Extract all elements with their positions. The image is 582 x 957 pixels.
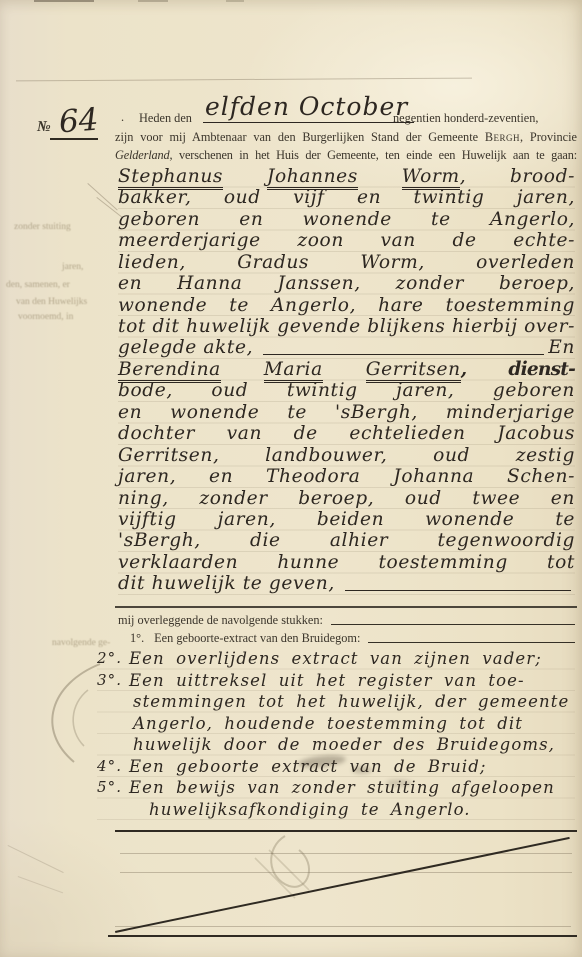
handwritten-document-items: 2°.Een overlijdens extract van zijnen va… xyxy=(97,648,575,820)
body-line-last: dit huwelijk te geven, xyxy=(118,573,575,594)
bleedthrough-text: voornoemd, in xyxy=(18,312,73,322)
item-number-empty xyxy=(97,713,129,735)
date-handwritten: elfden October xyxy=(203,92,414,123)
document-item1-row: 1°.Een geboorte-extract van den Bruidego… xyxy=(130,631,577,646)
bleedthrough-text: den, samenen, er xyxy=(6,280,70,290)
item-number: 2°. xyxy=(97,648,129,670)
body-line: tot dit huwelijk gevende blijkens hierbi… xyxy=(118,316,575,337)
item-number-empty xyxy=(97,799,129,821)
bride-middle-name: Maria xyxy=(264,359,323,383)
groom-middle-name: Johannes xyxy=(267,166,358,190)
documents-intro-text: mij overleggende de navolgende stukken: xyxy=(118,613,323,628)
document-item-continuation: Angerlo, houdende toestemming tot dit xyxy=(97,713,575,735)
record-number: №64 xyxy=(37,103,98,139)
body-line: meerderjarige zoon van de echte- xyxy=(118,230,575,251)
marriage-certificate-scan: zonder stuiting jaren, den, samenen, er … xyxy=(0,0,582,957)
body-line: verklaarden hunne toestemming tot xyxy=(118,552,575,573)
scan-edge-mark xyxy=(226,0,244,2)
body-line: vijftig jaren, beiden wonende te xyxy=(118,509,575,530)
record-number-label: № xyxy=(37,119,51,135)
scan-edge-mark xyxy=(138,0,168,2)
body-line: Gerritsen, landbouwer, oud zestig xyxy=(118,445,575,466)
bleedthrough-text: navolgende ge- xyxy=(52,638,110,648)
groom-surname: Worm xyxy=(402,166,460,190)
groom-first-name: Stephanus xyxy=(118,166,223,190)
bottom-rule-bottom xyxy=(108,935,577,937)
body-line: dochter van de echtelieden Jacobus xyxy=(118,423,575,444)
bride-surname: Gerritsen xyxy=(366,359,461,383)
ink-blot xyxy=(386,779,412,787)
body-line-groom-name: Stephanus Johannes Worm, brood- xyxy=(118,166,575,187)
item-text: Een uittreksel uit het register van toe- xyxy=(129,670,575,692)
item1-text: Een geboorte-extract van den Bruidegom: xyxy=(154,631,360,646)
item-text: Een geboorte extract van de Bruid; xyxy=(129,756,575,778)
section-divider-rule xyxy=(115,606,577,608)
body-line: jaren, en Theodora Johanna Schen- xyxy=(118,466,575,487)
body-line: en wonende te 'sBergh, minderjarige xyxy=(118,402,575,423)
document-item: 2°.Een overlijdens extract van zijnen va… xyxy=(97,648,575,670)
body-line: 'sBergh, die alhier tegenwoordig xyxy=(118,530,575,551)
item-text: huwelijk door de moeder des Bruidegoms, xyxy=(129,734,575,756)
bride-occupation-start: , dienst- xyxy=(461,359,575,380)
faint-top-line xyxy=(16,78,472,82)
body-line: ning, zonder beroep, oud twee en xyxy=(118,488,575,509)
documents-intro-row: mij overleggende de navolgende stukken: xyxy=(118,613,577,628)
scan-edge-mark xyxy=(34,0,94,2)
body-line-bride-name: Berendina Maria Gerritsen, dienst- xyxy=(118,359,575,380)
body-line: bode, oud twintig jaren, geboren xyxy=(118,380,575,401)
fill-line xyxy=(331,624,575,625)
item-text: stemmingen tot het huwelijk, der gemeent… xyxy=(129,691,575,713)
body-line: wonende te Angerlo, hare toestemming xyxy=(118,295,575,316)
fill-line xyxy=(368,642,575,643)
document-item-continuation: huwelijksafkondiging te Angerlo. xyxy=(97,799,575,821)
body-line: lieden, Gradus Worm, overleden xyxy=(118,252,575,273)
item-number-empty xyxy=(97,691,129,713)
intro-heden-den: Heden den xyxy=(139,111,192,126)
item-text: Een bewijs van zonder stuiting afgeloope… xyxy=(129,777,575,799)
intro-line3: Gelderland, verschenen in het Huis der G… xyxy=(115,148,577,163)
pen-stroke-mark xyxy=(18,876,64,894)
bottom-rule-top xyxy=(115,830,577,832)
record-number-underline xyxy=(50,138,98,140)
groom-occupation-start: , brood- xyxy=(460,166,575,187)
body-line: bakker, oud vijf en twintig jaren, xyxy=(118,187,575,208)
item-number: 4°. xyxy=(97,756,129,778)
item1-number: 1°. xyxy=(130,631,144,646)
body-line-en: gelegde akte,En xyxy=(118,338,575,359)
document-item: 5°.Een bewijs van zonder stuiting afgelo… xyxy=(97,777,575,799)
bleedthrough-text: zonder stuiting xyxy=(14,222,71,232)
body-line-text: gelegde akte, xyxy=(118,337,253,358)
document-item-continuation: stemmingen tot het huwelijk, der gemeent… xyxy=(97,691,575,713)
body-line: en Hanna Janssen, zonder beroep, xyxy=(118,273,575,294)
body-line: geboren en wonende te Angerlo, xyxy=(118,209,575,230)
bottom-faint-line xyxy=(120,853,572,854)
body-line-text: dit huwelijk te geven, xyxy=(118,573,335,594)
intro-line2-tail: , Provincie xyxy=(520,130,577,144)
item-number: 3°. xyxy=(97,670,129,692)
province-name: Gelderland, xyxy=(115,148,172,162)
bleedthrough-text: van den Huwelijks xyxy=(16,297,87,307)
record-number-value: 64 xyxy=(58,102,100,141)
bride-first-name: Berendina xyxy=(118,359,221,383)
bleedthrough-text: jaren, xyxy=(62,262,83,272)
intro-year: negentien honderd-zeventien, xyxy=(393,111,538,126)
item-text: Angerlo, houdende toestemming tot dit xyxy=(129,713,575,735)
handwritten-body: Stephanus Johannes Worm, brood- bakker, … xyxy=(118,166,575,595)
pen-stroke-mark xyxy=(7,845,63,873)
intro-line2-text: zijn voor mij Ambtenaar van den Burgerli… xyxy=(115,130,478,144)
en-word: En xyxy=(548,337,575,358)
bottom-faint-line xyxy=(120,872,572,873)
item-text: Een overlijdens extract van zijnen vader… xyxy=(129,648,575,670)
fill-line xyxy=(263,354,544,355)
intro-line3-text: verschenen in het Huis der Gemeente, ten… xyxy=(179,148,577,162)
gemeente-name: Bergh xyxy=(485,130,520,144)
document-item-continuation: huwelijk door de moeder des Bruidegoms, xyxy=(97,734,575,756)
separator-dot: . xyxy=(121,110,124,125)
item-text: huwelijksafkondiging te Angerlo. xyxy=(129,799,575,821)
pen-stroke-mark xyxy=(87,183,118,211)
bottom-faint-line xyxy=(115,926,571,927)
item-number: 5°. xyxy=(97,777,129,799)
diagonal-strike-line xyxy=(115,837,570,933)
item-number-empty xyxy=(97,734,129,756)
ink-blot xyxy=(352,766,372,774)
document-item: 3°.Een uittreksel uit het register van t… xyxy=(97,670,575,692)
fill-line xyxy=(345,590,571,591)
intro-line2: zijn voor mij Ambtenaar van den Burgerli… xyxy=(115,130,577,145)
